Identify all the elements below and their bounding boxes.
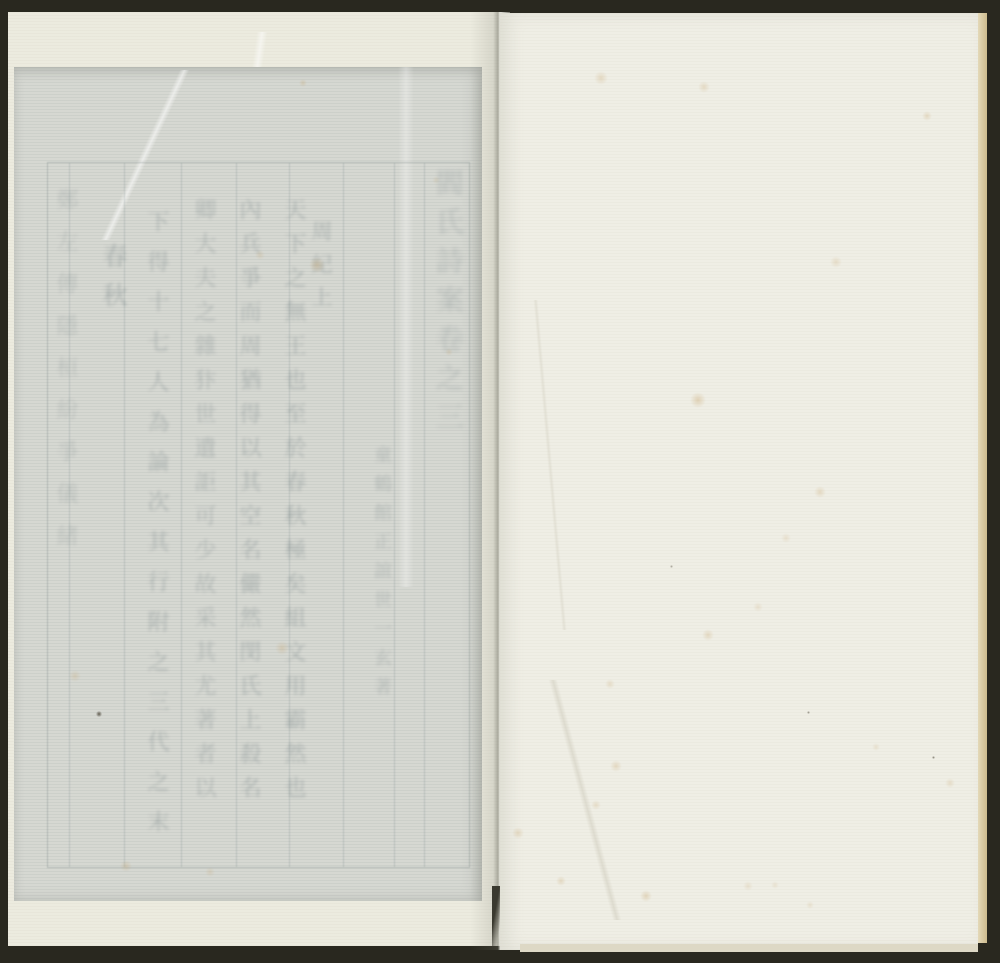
page-edge-tan-strip: [978, 13, 987, 943]
column-rule: [424, 163, 425, 867]
bleedthrough-body-column: 下得十七人為論次其行附之三代之末: [141, 210, 172, 850]
bleedthrough-author-column: 童鶴館正誼世一玄著: [368, 445, 394, 706]
column-rule: [181, 163, 182, 867]
column-rule: [343, 163, 344, 867]
bleedthrough-body-column: 內兵爭而周猶得以其空名儼然閔氏上殺名: [233, 198, 264, 810]
column-rule: [394, 163, 395, 867]
bleedthrough-body-column: 卿大夫之雜犿世遺詎可少故采其尤著者以: [188, 198, 219, 810]
right-page: [500, 13, 978, 950]
bleedthrough-body-column: 鄭左傳隱桓紛爭儀緒: [50, 188, 81, 566]
bleedthrough-title-column: 閻氏詩案卷之三: [428, 168, 468, 441]
bleedthrough-section-heading: 周紀上: [306, 220, 336, 319]
underlying-page-edge: [520, 944, 978, 952]
bleedthrough-body-column: 天下之無王也至於春秋極矣組文用霸然也: [278, 198, 309, 810]
bleedthrough-section-heading: 春秋: [95, 243, 131, 321]
book-photo-canvas: 閻氏詩案卷之三 童鶴館正誼世一玄著 周紀上 天下之無王也至於春秋極矣組文用霸然也…: [0, 0, 1000, 963]
